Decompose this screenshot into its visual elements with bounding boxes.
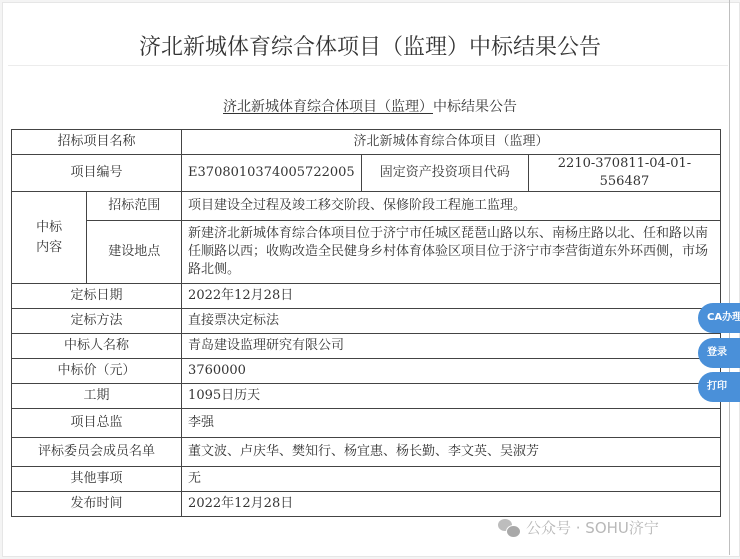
title-divider: [8, 65, 728, 66]
award-content-text: 中标内容: [35, 218, 63, 258]
table-row: 工期 1095日历天: [12, 384, 721, 409]
table-row: 项目编号 E3708010374005722005 固定资产投资项目代码 221…: [12, 155, 721, 192]
table-row: 建设地点 新建济北新城体育综合体项目位于济宁市任城区琵琶山路以东、南杨庄路以北、…: [12, 221, 721, 284]
table-row: 发布时间 2022年12月28日: [12, 492, 721, 517]
row-value: 李强: [182, 409, 721, 438]
ca-handle-button[interactable]: CA办理: [698, 303, 740, 333]
table-row: 中标内容 招标范围 项目建设全过程及竣工移交阶段、保修阶段工程施工监理。: [12, 192, 721, 221]
row-value: 2022年12月28日: [182, 284, 721, 309]
row-value: 无: [182, 467, 721, 492]
row-value: 2022年12月28日: [182, 492, 721, 517]
row-label: 中标人名称: [12, 334, 182, 359]
scope-label: 招标范围: [87, 192, 182, 221]
project-name-label: 招标项目名称: [12, 130, 182, 155]
document-heading-underlined: 济北新城体育综合体项目（监理）: [223, 99, 433, 115]
document-heading: 济北新城体育综合体项目（监理）中标结果公告: [0, 96, 740, 116]
row-label: 项目总监: [12, 409, 182, 438]
project-no-value: E3708010374005722005: [182, 155, 362, 192]
table-row: 中标价（元） 3760000: [12, 359, 721, 384]
row-value: 3760000: [182, 359, 721, 384]
site-value: 新建济北新城体育综合体项目位于济宁市任城区琵琶山路以东、南杨庄路以北、任和路以南…: [182, 221, 721, 284]
fixed-asset-value: 2210-370811-04-01-556487: [528, 155, 720, 192]
row-label: 评标委员会成员名单: [12, 438, 182, 467]
table-row: 招标项目名称 济北新城体育综合体项目（监理）: [12, 130, 721, 155]
wechat-icon: [498, 519, 520, 537]
row-label: 工期: [12, 384, 182, 409]
fixed-asset-label: 固定资产投资项目代码: [361, 155, 528, 192]
print-button[interactable]: 打印: [698, 372, 740, 402]
row-label: 中标价（元）: [12, 359, 182, 384]
project-no-label: 项目编号: [12, 155, 182, 192]
site-label: 建设地点: [87, 221, 182, 284]
project-name-value: 济北新城体育综合体项目（监理）: [182, 130, 721, 155]
login-button[interactable]: 登录: [698, 338, 740, 368]
row-value: 董文波、卢庆华、樊知行、杨宜惠、杨长勤、李文英、吴淑芳: [182, 438, 721, 467]
page-title: 济北新城体育综合体项目（监理）中标结果公告: [0, 30, 740, 61]
award-result-table: 招标项目名称 济北新城体育综合体项目（监理） 项目编号 E37080103740…: [11, 129, 721, 517]
table-row: 定标方法 直接票决定标法: [12, 309, 721, 334]
row-label: 其他事项: [12, 467, 182, 492]
watermark-text: 公众号 · SOHU济宁: [526, 517, 659, 538]
table-row: 中标人名称 青岛建设监理研究有限公司: [12, 334, 721, 359]
scrollbar-track[interactable]: [729, 0, 730, 555]
table-row: 评标委员会成员名单 董文波、卢庆华、樊知行、杨宜惠、杨长勤、李文英、吴淑芳: [12, 438, 721, 467]
row-value: 直接票决定标法: [182, 309, 721, 334]
table-row: 其他事项 无: [12, 467, 721, 492]
scope-value: 项目建设全过程及竣工移交阶段、保修阶段工程施工监理。: [182, 192, 721, 221]
row-value: 1095日历天: [182, 384, 721, 409]
table-row: 项目总监 李强: [12, 409, 721, 438]
row-value: 青岛建设监理研究有限公司: [182, 334, 721, 359]
award-content-label: 中标内容: [12, 192, 87, 284]
document-heading-rest: 中标结果公告: [433, 99, 517, 115]
watermark: 公众号 · SOHU济宁: [498, 517, 659, 538]
table-row: 定标日期 2022年12月28日: [12, 284, 721, 309]
row-label: 定标方法: [12, 309, 182, 334]
row-label: 定标日期: [12, 284, 182, 309]
row-label: 发布时间: [12, 492, 182, 517]
